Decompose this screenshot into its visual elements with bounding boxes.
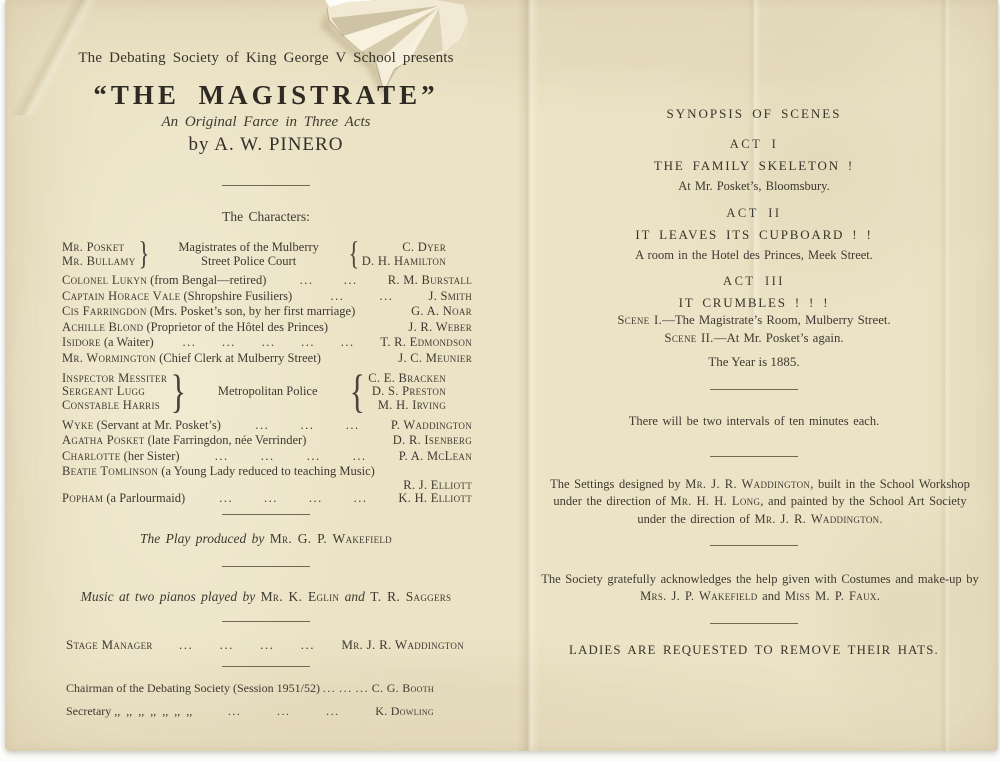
leader-dots: ... xyxy=(309,491,323,507)
brace-open-glyph: { xyxy=(348,238,359,271)
presenter-line: The Debating Society of King George V Sc… xyxy=(60,50,472,67)
cast-group-desc-line: Magistrates of the Mulberry xyxy=(151,241,346,254)
leader-dots: ... xyxy=(277,704,291,719)
leader-dots: ... xyxy=(264,491,278,507)
cast-actor-name: J. R. Weber xyxy=(408,320,472,336)
act3-title: IT CRUMBLES ! ! ! xyxy=(533,295,975,311)
leader-dots: ... xyxy=(354,491,368,507)
cast-actor-name: D. H. Hamilton xyxy=(362,255,446,268)
cast-row: Cis Farringdon (Mrs. Posket’s son, by he… xyxy=(62,304,472,320)
act3-scene1: Scene I.—The Magistrate’s Room, Mulberry… xyxy=(533,313,975,328)
cast-row: Captain Horace Vale (Shropshire Fusilier… xyxy=(62,289,472,305)
music-credit-segment: Music at two pianos played by xyxy=(81,589,261,604)
divider-rule xyxy=(222,666,310,667)
scene2-text: —At Mr. Posket’s again. xyxy=(714,331,844,345)
leader-dots: ... xyxy=(255,418,269,434)
settings-paragraph: The Settings designed by Mr. J. R. Waddi… xyxy=(533,476,987,528)
official-row-label-segment: Chairman of the Debating Society (Sessio… xyxy=(66,681,320,695)
official-row-name: K. Dowling xyxy=(375,704,434,719)
settings-paragraph-segment: Mr. J. R. Waddington xyxy=(685,477,810,491)
music-credit-segment: Mr. K. Eglin xyxy=(261,589,340,604)
cast-character-name: Wyke xyxy=(62,418,94,434)
music-credit-segment: and xyxy=(339,589,370,604)
cast-character-desc: (a Waiter) xyxy=(101,335,157,351)
synopsis-heading: SYNOPSIS OF SCENES xyxy=(533,106,975,122)
act2-title: IT LEAVES ITS CUPBOARD ! ! xyxy=(533,227,975,243)
cast-actor-name: R. J. Elliott xyxy=(403,480,472,492)
cast-character-name: Mr. Wormington xyxy=(62,351,156,367)
page-left: The Debating Society of King George V Sc… xyxy=(60,0,472,751)
leader-dots: ... xyxy=(220,637,234,653)
cast-group-row: Inspector MessiterSergeant LuggConstable… xyxy=(62,369,472,416)
official-row: Secretary ,, ,, ,, ,, ,, ,, ,,.........K… xyxy=(66,704,434,719)
play-title: “THE MAGISTRATE” xyxy=(60,80,472,111)
cast-actor-name: T. R. Edmondson xyxy=(380,335,472,351)
stage-manager-name: Mr. J. R. Waddington xyxy=(341,637,464,653)
divider-rule xyxy=(222,185,310,186)
leader-dots: ... xyxy=(353,449,367,465)
cast-character-name: Mr. Bullamy xyxy=(62,255,136,268)
play-subtitle: An Original Farce in Three Acts xyxy=(60,114,472,131)
cast-character-desc: (Servant at Mr. Posket’s) xyxy=(94,418,225,434)
act3-heading: ACT III xyxy=(533,274,975,289)
cast-character-name: Agatha Posket xyxy=(62,433,145,449)
scene1-text: —The Magistrate’s Room, Mulberry Street. xyxy=(662,313,891,327)
cast-actor-name: G. A. Noar xyxy=(411,304,472,320)
cast-actor-name: R. M. Burstall xyxy=(388,273,472,289)
music-credit: Music at two pianos played by Mr. K. Egl… xyxy=(60,589,472,605)
cast-row: Isidore (a Waiter) ...............T. R. … xyxy=(62,335,472,351)
leader-dots: ... xyxy=(222,335,236,351)
cast-character-name: Charlotte xyxy=(62,449,121,465)
cast-character-name: Beatie Tomlinson xyxy=(62,464,158,480)
costumes-paragraph: The Society gratefully acknowledges the … xyxy=(533,571,987,606)
cast-character-desc: (a Parlourmaid) xyxy=(103,491,188,507)
cast-row: Achille Blond (Proprietor of the Hôtel d… xyxy=(62,320,472,336)
cast-list: Mr. PosketMr. Bullamy}Magistrates of the… xyxy=(62,236,472,507)
cast-character-name: Colonel Lukyn xyxy=(62,273,147,289)
page-right: SYNOPSIS OF SCENES ACT I THE FAMILY SKEL… xyxy=(533,0,975,751)
dotted-leader: ............ xyxy=(153,637,342,653)
cast-actor-name: P. A. McLean xyxy=(399,449,472,465)
leader-dots: ... xyxy=(323,681,337,696)
cast-group-description: Metropolitan Police xyxy=(190,385,346,398)
dotted-leader: ............... xyxy=(157,335,381,351)
leader-dots: ... xyxy=(341,335,355,351)
cast-group-actors: C. E. BrackenD. S. PrestonM. H. Irving xyxy=(368,372,472,412)
leader-dots: ... xyxy=(301,335,315,351)
divider-rule xyxy=(222,621,310,622)
cast-actor-name: P. Waddington xyxy=(391,418,472,434)
leader-dots: ... xyxy=(301,418,315,434)
dotted-leader: ...... xyxy=(295,289,428,305)
cast-character-name: Popham xyxy=(62,491,103,507)
cast-character-name: Cis Farringdon xyxy=(62,304,147,320)
leader-dots: ... xyxy=(228,704,242,719)
act2-venue: A room in the Hotel des Princes, Meek St… xyxy=(533,248,975,263)
scan-background: The Debating Society of King George V Sc… xyxy=(0,0,1000,762)
produced-credit: The Play produced by Mr. G. P. Wakefield xyxy=(60,531,472,547)
stage-manager-label-segment: Stage Manager xyxy=(66,637,153,652)
settings-paragraph-segment: . xyxy=(879,512,882,526)
stage-manager-row: Stage Manager............Mr. J. R. Waddi… xyxy=(66,637,464,653)
characters-heading: The Characters: xyxy=(60,209,472,225)
cast-character-desc: (Shropshire Fusiliers) xyxy=(180,289,295,305)
leader-dots: ... xyxy=(307,449,321,465)
official-row: Chairman of the Debating Society (Sessio… xyxy=(66,681,434,696)
cast-group-actors: C. DyerD. H. Hamilton xyxy=(362,241,472,268)
cast-character-desc: (Proprietor of the Hôtel des Princes) xyxy=(143,320,328,336)
dotted-leader: ......... xyxy=(320,681,372,696)
scene2-label: Scene II. xyxy=(664,331,713,345)
programme-paper: The Debating Society of King George V Sc… xyxy=(5,0,998,751)
act1-title: THE FAMILY SKELETON ! xyxy=(533,158,975,174)
cast-row: Mr. Wormington (Chief Clerk at Mulberry … xyxy=(62,351,472,367)
leader-dots: ... xyxy=(346,418,360,434)
leader-dots: ... xyxy=(301,637,315,653)
cast-character-name: Constable Harris xyxy=(62,399,167,412)
cast-group-desc-line: Metropolitan Police xyxy=(190,385,346,398)
act2-heading: ACT II xyxy=(533,206,975,221)
act1-venue: At Mr. Posket’s, Bloomsbury. xyxy=(533,179,975,194)
cast-character-desc: (her Sister) xyxy=(121,449,183,465)
leader-dots: ... xyxy=(326,704,340,719)
leader-dots: ... xyxy=(330,289,344,305)
leader-dots: ... xyxy=(182,335,196,351)
cast-character-desc: (late Farringdon, née Verrinder) xyxy=(145,433,307,449)
cast-row: Charlotte (her Sister) ............P. A.… xyxy=(62,449,472,465)
divider-rule xyxy=(222,566,310,567)
divider-rule xyxy=(710,389,798,390)
cast-character-name: Sergeant Lugg xyxy=(62,385,167,398)
cast-actor-name: M. H. Irving xyxy=(368,399,446,412)
year-line: The Year is 1885. xyxy=(533,354,975,370)
leader-dots: ... xyxy=(219,491,233,507)
brace-close-glyph: } xyxy=(171,369,186,416)
scene1-label: Scene I. xyxy=(617,313,662,327)
cast-actor-name: D. S. Preston xyxy=(368,385,446,398)
costumes-paragraph-segment: Miss M. P. Faux xyxy=(785,589,877,603)
cast-row: Agatha Posket (late Farringdon, née Verr… xyxy=(62,433,472,449)
dotted-leader: ......... xyxy=(192,704,375,719)
dotted-leader: ......... xyxy=(224,418,391,434)
cast-group-desc-line: Street Police Court xyxy=(151,255,346,268)
cast-character-name: Inspector Messiter xyxy=(62,372,167,385)
dotted-leader: ............ xyxy=(183,449,399,465)
leader-dots: ... xyxy=(379,289,393,305)
produced-credit-segment: Mr. G. P. Wakefield xyxy=(270,531,392,546)
official-row-name: C. G. Booth xyxy=(372,681,434,696)
brace-close-glyph: } xyxy=(138,238,149,271)
cast-character-name: Achille Blond xyxy=(62,320,143,336)
leader-dots: ... xyxy=(300,273,314,289)
settings-paragraph-segment: Mr. J. R. Waddington xyxy=(754,512,879,526)
leader-dots: ... xyxy=(215,449,229,465)
cast-character-name: Mr. Posket xyxy=(62,241,136,254)
cast-character-name: Captain Horace Vale xyxy=(62,289,180,305)
act3-scene2: Scene II.—At Mr. Posket’s again. xyxy=(533,331,975,346)
intervals-note: There will be two intervals of ten minut… xyxy=(533,414,975,429)
officials-list: Chairman of the Debating Society (Sessio… xyxy=(66,681,434,726)
cast-character-desc: (Chief Clerk at Mulberry Street) xyxy=(156,351,321,367)
music-credit-segment: T. R. Saggers xyxy=(370,589,451,604)
cast-group-names: Inspector MessiterSergeant LuggConstable… xyxy=(62,372,167,412)
leader-dots: ... xyxy=(339,681,353,696)
cast-character-desc: (a Young Lady reduced to teaching Music) xyxy=(158,464,375,480)
leader-dots: ... xyxy=(261,449,275,465)
stage-manager: Stage Manager............Mr. J. R. Waddi… xyxy=(66,637,464,653)
cast-actor-name: C. Dyer xyxy=(362,241,446,254)
dotted-leader: ............ xyxy=(188,491,398,507)
settings-paragraph-segment: Mr. H. H. Long xyxy=(671,494,761,508)
cast-group-description: Magistrates of the MulberryStreet Police… xyxy=(151,241,346,268)
act1-heading: ACT I xyxy=(533,137,975,152)
cast-actor-name: J. C. Meunier xyxy=(398,351,472,367)
divider-rule xyxy=(710,545,798,546)
cast-row-actor-line: R. J. Elliott xyxy=(62,480,472,492)
costumes-paragraph-segment: The Society gratefully acknowledges the … xyxy=(541,572,979,586)
produced-credit-segment: The Play produced by xyxy=(140,531,270,546)
leader-dots: ... xyxy=(260,637,274,653)
leader-dots: ... xyxy=(344,273,358,289)
cast-character-desc: (from Bengal—retired) xyxy=(147,273,270,289)
costumes-paragraph-segment: Mrs. J. P. Wakefield xyxy=(640,589,757,603)
divider-rule xyxy=(222,514,310,515)
cast-row: Popham (a Parlourmaid) ............K. H.… xyxy=(62,491,472,507)
hats-notice: LADIES ARE REQUESTED TO REMOVE THEIR HAT… xyxy=(533,643,975,658)
divider-rule xyxy=(710,623,798,624)
official-row-label-segment: Secretary ,, ,, ,, ,, ,, ,, ,, xyxy=(66,704,192,718)
costumes-paragraph-segment: . xyxy=(877,589,880,603)
costumes-paragraph-segment: and xyxy=(758,589,785,603)
cast-character-name: Isidore xyxy=(62,335,101,351)
cast-row: Colonel Lukyn (from Bengal—retired) ....… xyxy=(62,273,472,289)
cast-actor-name: D. R. Isenberg xyxy=(393,433,472,449)
leader-dots: ... xyxy=(179,637,193,653)
brace-open-glyph: { xyxy=(349,369,364,416)
cast-group-row: Mr. PosketMr. Bullamy}Magistrates of the… xyxy=(62,238,472,271)
official-row-label: Chairman of the Debating Society (Sessio… xyxy=(66,681,320,696)
settings-paragraph-segment: The Settings designed by xyxy=(550,477,685,491)
cast-group-names: Mr. PosketMr. Bullamy xyxy=(62,241,136,268)
stage-manager-label: Stage Manager xyxy=(66,637,153,653)
cast-actor-name: C. E. Bracken xyxy=(368,372,446,385)
cast-actor-name: K. H. Elliott xyxy=(398,491,472,507)
cast-actor-name: J. Smith xyxy=(429,289,472,305)
cast-row: Wyke (Servant at Mr. Posket’s) .........… xyxy=(62,418,472,434)
divider-rule xyxy=(710,456,798,457)
leader-dots: ... xyxy=(262,335,276,351)
official-row-label: Secretary ,, ,, ,, ,, ,, ,, ,, xyxy=(66,704,192,719)
cast-character-desc: (Mrs. Posket’s son, by her first marriag… xyxy=(147,304,356,320)
leader-dots: ... xyxy=(355,681,369,696)
dotted-leader: ...... xyxy=(270,273,388,289)
author-byline: by A. W. PINERO xyxy=(60,134,472,156)
